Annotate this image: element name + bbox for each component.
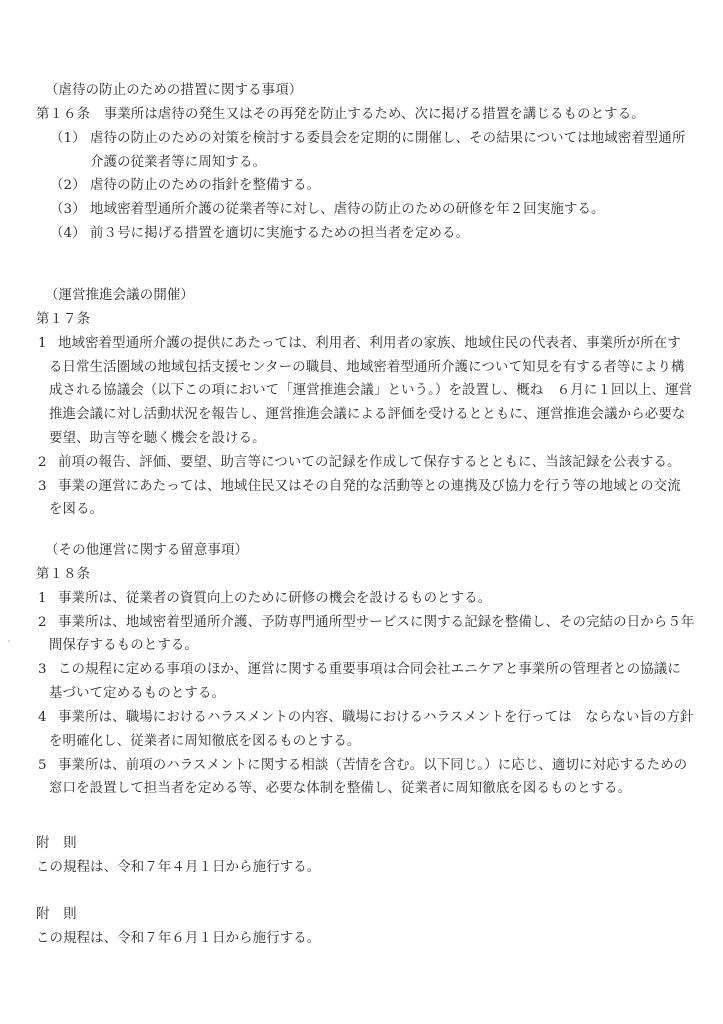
- paragraph-text: 事業の運営にあたっては、地域住民又はその自発的な活動等との連携及び協力を行う等の…: [58, 479, 681, 495]
- item-text: 前３号に掲げる措置を適切に実施するための担当者を定める。: [90, 226, 469, 242]
- supplementary-title: 附 則: [36, 907, 77, 923]
- paragraph-text: 事業所は、前項のハラスメントに関する相談（苦情を含む。以下同じ。）に応じ、適切に…: [58, 758, 687, 774]
- paragraph-text-continued: 間保存するものとする。: [49, 638, 198, 654]
- paragraph-number: 5: [38, 758, 47, 774]
- paragraph-number: 2: [38, 615, 47, 631]
- paragraph-text-continued: 要望、助言等を聴く機会を設ける。: [49, 431, 266, 447]
- paragraph-number: 1: [38, 591, 47, 607]
- section-heading: （その他運営に関する留意事項）: [45, 543, 248, 559]
- article-16-text: 第１６条 事業所は虐待の発生又はその再発を防止するため、次に掲げる措置を講じるも…: [36, 107, 645, 123]
- scan-speck: [8, 640, 10, 642]
- paragraph-number: 2: [38, 455, 47, 471]
- item-text: 虐待の防止のための指針を整備する。: [90, 178, 320, 194]
- paragraph-text-continued: 成される協議会（以下この項において「運営推進会議」という。）を設置し、概ね ６月…: [49, 383, 692, 399]
- item-number: （4）: [50, 226, 86, 242]
- paragraph-text-continued: 推進会議に対し活動状況を報告し、運営推進会議による評価を受けるとともに、運営推進…: [49, 407, 685, 423]
- paragraph-text-continued: る日常生活圏域の地域包括支援センターの職員、地域密着型通所介護について知見を有す…: [49, 360, 685, 376]
- article-17-title: 第１７条: [36, 312, 90, 328]
- paragraph-text: 事業所は、従業者の資質向上のために研修の機会を設けるものとする。: [58, 591, 491, 607]
- paragraph-text: 事業所は、地域密着型通所介護、予防専門通所型サービスに関する記録を整備し、その完…: [58, 615, 694, 631]
- paragraph-number: 4: [38, 710, 47, 726]
- item-number: （3）: [50, 202, 86, 218]
- paragraph-text-continued: を図る。: [49, 502, 103, 518]
- paragraph-number: 3: [38, 662, 47, 678]
- item-text: 虐待の防止のための対策を検討する委員会を定期的に開催し、その結果については地域密…: [90, 131, 686, 147]
- section-heading: （虐待の防止のための措置に関する事項）: [45, 83, 302, 99]
- paragraph-number: 3: [38, 479, 47, 495]
- item-number: （2）: [50, 178, 86, 194]
- item-text-continued: 介護の従業者等に周知する。: [90, 155, 266, 171]
- section-heading: （運営推進会議の開催）: [45, 288, 194, 304]
- paragraph-text: 前項の報告、評価、要望、助言等についての記録を作成して保存するとともに、当該記録…: [58, 455, 681, 471]
- paragraph-text: 地域密着型通所介護の提供にあたっては、利用者、利用者の家族、地域住民の代表者、事…: [58, 336, 681, 352]
- supplementary-text: この規程は、令和７年４月１日から施行する。: [36, 860, 320, 876]
- article-18-title: 第１８条: [36, 567, 90, 583]
- supplementary-text: この規程は、令和７年６月１日から施行する。: [36, 931, 320, 947]
- paragraph-text-continued: を明確化し、従業者に周知徹底を図るものとする。: [49, 734, 360, 750]
- paragraph-text-continued: 窓口を設置して担当者を定める等、必要な体制を整備し、従業者に周知徹底を図るものと…: [49, 781, 631, 797]
- paragraph-text-continued: 基づいて定めるものとする。: [49, 686, 225, 702]
- supplementary-title: 附 則: [36, 836, 77, 852]
- paragraph-text: 事業所は、職場におけるハラスメントの内容、職場におけるハラスメントを行っては な…: [58, 710, 694, 726]
- item-number: （1）: [50, 131, 86, 147]
- item-text: 地域密着型通所介護の従業者等に対し、虐待の防止のための研修を年２回実施する。: [90, 202, 605, 218]
- paragraph-text: この規程に定める事項のほか、運営に関する重要事項は合同会社エニケアと事業所の管理…: [58, 662, 681, 678]
- paragraph-number: 1: [38, 336, 47, 352]
